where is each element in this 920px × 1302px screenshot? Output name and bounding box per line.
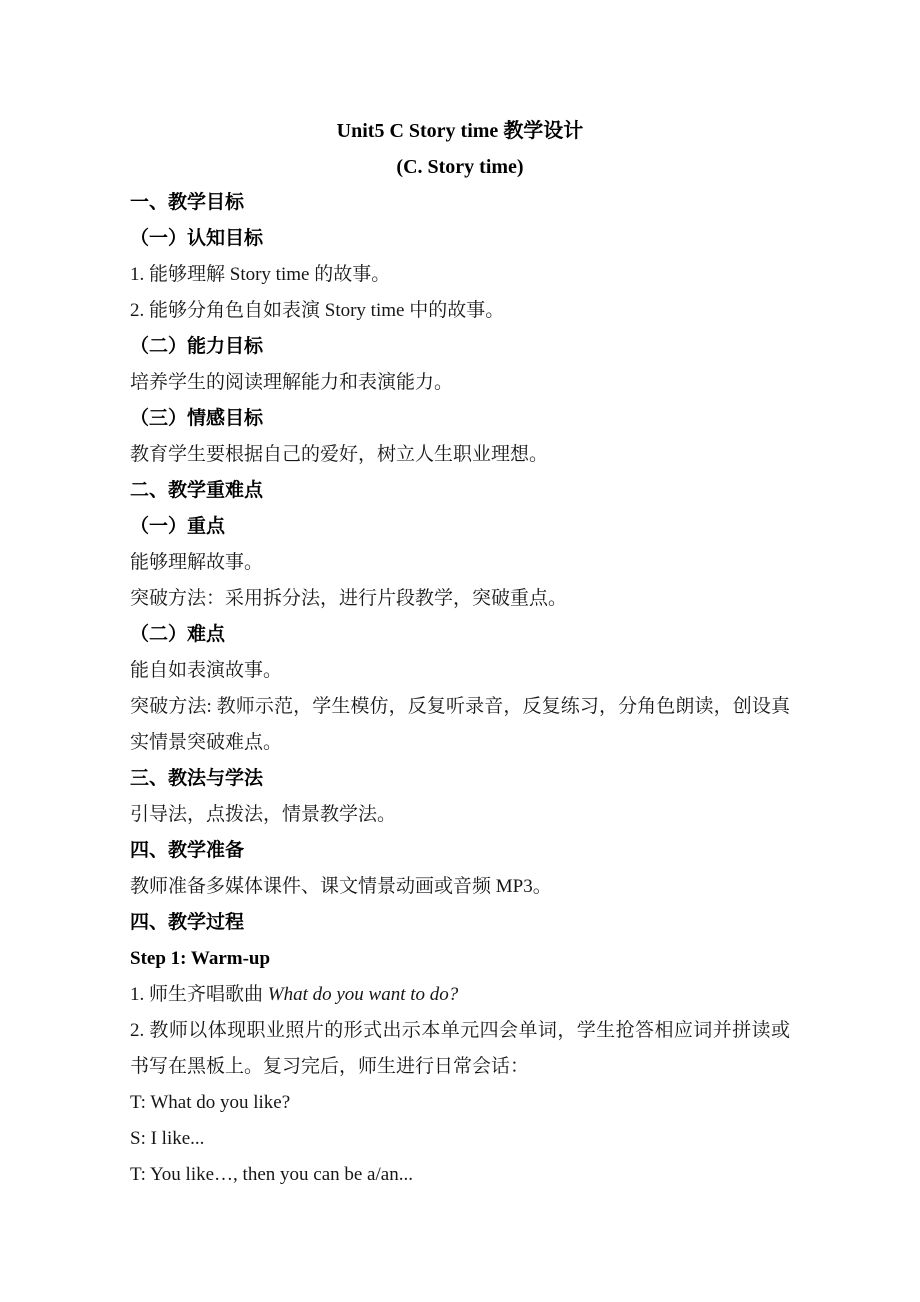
warmup-item-1-text: 1. 师生齐唱歌曲 (130, 984, 268, 1005)
paragraph-key-point-method: 突破方法：采用拆分法，进行片段教学，突破重点。 (130, 581, 790, 617)
warmup-song-title: What do you want to do? (268, 984, 459, 1005)
paragraph-key-point: 能够理解故事。 (130, 545, 790, 581)
dialog-line-student-1: S: I like... (130, 1121, 790, 1157)
dialog-line-teacher-2: T: You like…, then you can be a/an... (130, 1157, 790, 1193)
paragraph-teaching-preparation: 教师准备多媒体课件、课文情景动画或音频 MP3。 (130, 869, 790, 905)
heading-difficult-point: （二）难点 (130, 617, 790, 653)
paragraph-emotional-objective: 教育学生要根据自己的爱好，树立人生职业理想。 (130, 437, 790, 473)
heading-cognitive-objectives: （一）认知目标 (130, 221, 790, 257)
paragraph-objective-2: 2. 能够分角色自如表演 Story time 中的故事。 (130, 293, 790, 329)
heading-step1-warmup: Step 1: Warm-up (130, 941, 790, 977)
heading-emotional-objectives: （三）情感目标 (130, 401, 790, 437)
doc-subtitle: (C. Story time) (130, 149, 790, 185)
heading-teaching-methods: 三、教法与学法 (130, 761, 790, 797)
heading-ability-objectives: （二）能力目标 (130, 329, 790, 365)
paragraph-difficult-point-method: 突破方法: 教师示范，学生模仿，反复听录音，反复练习，分角色朗读，创设真实情景突… (130, 689, 790, 761)
paragraph-objective-1: 1. 能够理解 Story time 的故事。 (130, 257, 790, 293)
heading-key-point: （一）重点 (130, 509, 790, 545)
doc-title: Unit5 C Story time 教学设计 (130, 113, 790, 149)
paragraph-teaching-methods: 引导法，点拨法，情景教学法。 (130, 797, 790, 833)
heading-teaching-process: 四、教学过程 (130, 905, 790, 941)
heading-key-difficult-points: 二、教学重难点 (130, 473, 790, 509)
paragraph-ability-objective: 培养学生的阅读理解能力和表演能力。 (130, 365, 790, 401)
document-page: Unit5 C Story time 教学设计 (C. Story time) … (0, 0, 920, 1302)
heading-teaching-preparation: 四、教学准备 (130, 833, 790, 869)
paragraph-difficult-point: 能自如表演故事。 (130, 653, 790, 689)
paragraph-warmup-item-2: 2. 教师以体现职业照片的形式出示本单元四会单词，学生抢答相应词并拼读或书写在黑… (130, 1013, 790, 1085)
dialog-line-teacher-1: T: What do you like? (130, 1085, 790, 1121)
heading-teaching-objectives: 一、教学目标 (130, 185, 790, 221)
paragraph-warmup-item-1: 1. 师生齐唱歌曲 What do you want to do? (130, 977, 790, 1013)
